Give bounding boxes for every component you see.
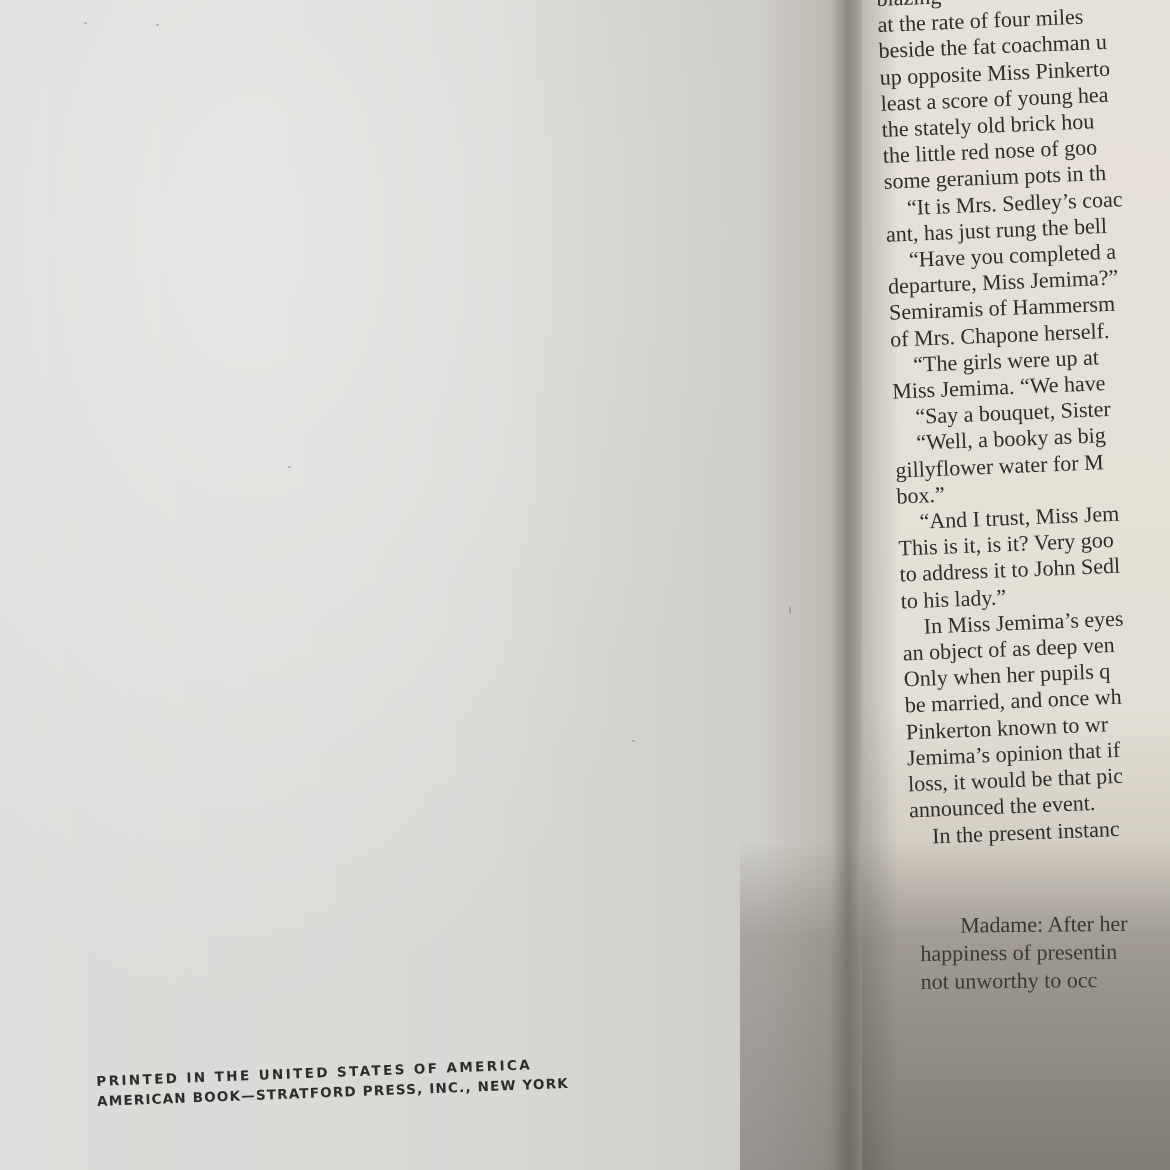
paper-fleck — [156, 24, 159, 26]
paper-fleck — [84, 22, 87, 24]
letter-text: Madame: After herhappiness of presentinn… — [920, 910, 1128, 996]
novel-body-text: blazingat the rate of four milesbeside t… — [876, 0, 1170, 850]
paper-fleck — [632, 740, 635, 742]
paper-fleck — [789, 606, 791, 614]
text-line: not unworthy to occ — [921, 966, 1129, 996]
left-page: PRINTED IN THE UNITED STATES OF AMERICA … — [0, 0, 830, 1170]
text-line: happiness of presentin — [920, 938, 1128, 968]
printer-imprint: PRINTED IN THE UNITED STATES OF AMERICA … — [96, 1054, 569, 1112]
text-line: Madame: After her — [920, 910, 1128, 940]
paper-fleck — [288, 466, 291, 468]
right-page: blazingat the rate of four milesbeside t… — [862, 0, 1170, 1170]
